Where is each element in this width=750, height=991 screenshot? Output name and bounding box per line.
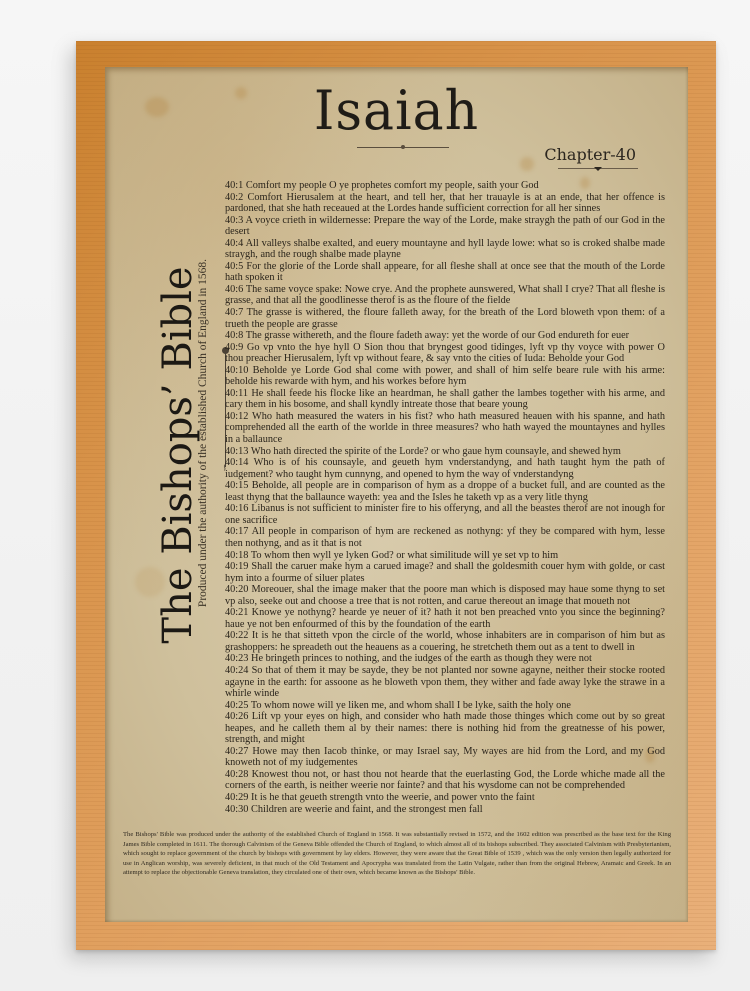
verse-9: 40:9 Go vp vnto the hye hyll O Sion thou…: [225, 342, 665, 365]
verse-2: 40:2 Comfort Hierusalem at the heart, an…: [225, 192, 665, 215]
verse-25: 40:25 To whom nowe will ye liken me, and…: [225, 700, 665, 712]
verse-5: 40:5 For the glorie of the Lorde shall a…: [225, 261, 665, 284]
poster-title: Isaiah: [105, 80, 688, 143]
verse-3: 40:3 A voyce crieth in wildernesse: Prep…: [225, 215, 665, 238]
verse-4: 40:4 All valleys shalbe exalted, and eue…: [225, 238, 665, 261]
verse-6: 40:6 The same voyce spake: Nowe crye. An…: [225, 284, 665, 307]
chapter-label: Chapter-40: [544, 145, 636, 164]
verse-22: 40:22 It is he that sitteth vpon the cir…: [225, 630, 665, 653]
side-title: The Bishops’ Bible: [155, 225, 201, 685]
verse-15: 40:15 Beholde, all people are in compari…: [225, 480, 665, 503]
verse-30: 40:30 Children are weerie and faint, and…: [225, 804, 665, 816]
verse-10: 40:10 Beholde ye Lorde God shal come wit…: [225, 365, 665, 388]
verse-13: 40:13 Who hath directed the spirite of t…: [225, 446, 665, 458]
verse-29: 40:29 It is he that geueth strength vnto…: [225, 792, 665, 804]
verse-18: 40:18 To whom then wyll ye lyken God? or…: [225, 550, 665, 562]
verse-19: 40:19 Shall the caruer make hym a carued…: [225, 561, 665, 584]
poster-paper: Isaiah Chapter-40 The Bishops’ Bible Pro…: [105, 67, 688, 922]
side-subtitle: Produced under the authority of the esta…: [197, 203, 209, 663]
title-divider: [357, 147, 449, 148]
verse-12: 40:12 Who hath measured the waters in hi…: [225, 411, 665, 446]
verse-list: 40:1 Comfort my people O ye prophetes co…: [225, 180, 665, 815]
verse-20: 40:20 Moreouer, shal the image maker tha…: [225, 584, 665, 607]
verse-16: 40:16 Libanus is not sufficient to minis…: [225, 503, 665, 526]
paper-stain: [520, 157, 534, 171]
verse-24: 40:24 So that of them it may be sayde, t…: [225, 665, 665, 700]
verse-23: 40:23 He bringeth princes to nothing, an…: [225, 653, 665, 665]
verse-21: 40:21 Knowe ye nothyng? hearde ye neuer …: [225, 607, 665, 630]
verse-14: 40:14 Who is of his counsayle, and geuet…: [225, 457, 665, 480]
verse-11: 40:11 He shall feede his flocke like an …: [225, 388, 665, 411]
verse-1: 40:1 Comfort my people O ye prophetes co…: [225, 180, 665, 192]
verse-8: 40:8 The grasse withereth, and the flour…: [225, 330, 665, 342]
verse-27: 40:27 Howe may then Iacob thinke, or may…: [225, 746, 665, 769]
verse-26: 40:26 Lift vp your eyes on high, and con…: [225, 711, 665, 746]
chapter-divider: [558, 168, 638, 169]
verse-28: 40:28 Knowest thou not, or hast thou not…: [225, 769, 665, 792]
footer-note: The Bishops' Bible was produced under th…: [123, 830, 671, 878]
verse-17: 40:17 All people in comparison of hym ar…: [225, 526, 665, 549]
verse-7: 40:7 The grasse is withered, the floure …: [225, 307, 665, 330]
